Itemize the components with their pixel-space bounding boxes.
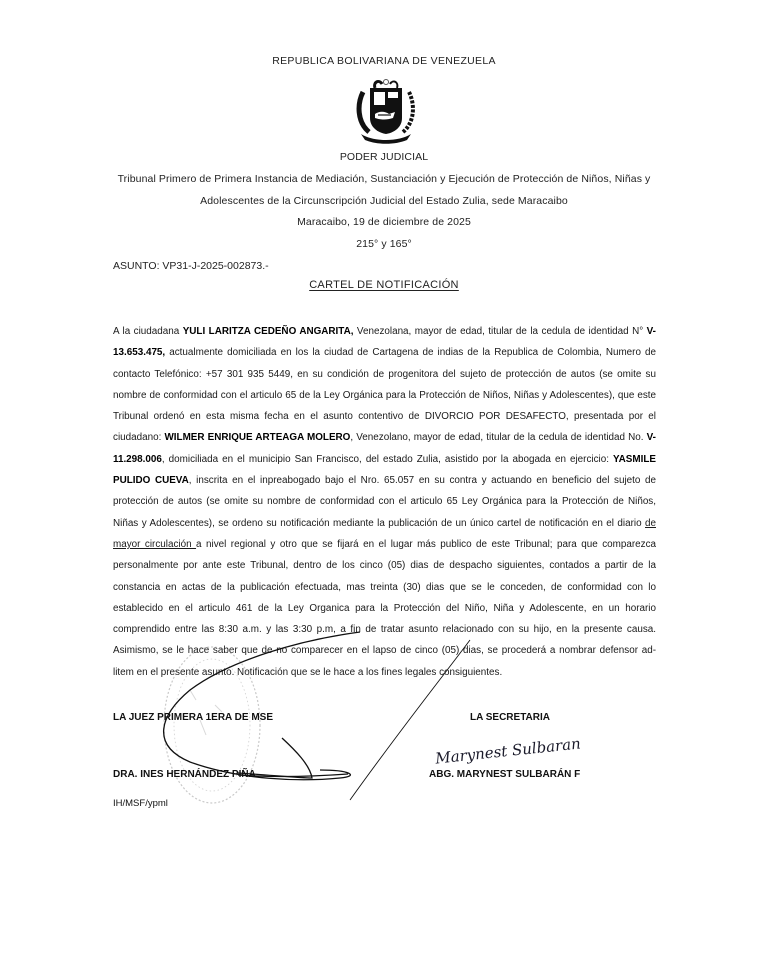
body-text: , Venezolano, mayor de edad, titular de …	[350, 432, 646, 443]
branch-heading: PODER JUDICIAL	[0, 151, 768, 163]
secretary-name: ABG. MARYNEST SULBARÁN F	[429, 769, 580, 780]
secretary-title: LA SECRETARIA	[470, 712, 550, 723]
judge-name: DRA. INES HERNÁNDEZ PIÑA	[113, 769, 256, 780]
body-text: actualmente domiciliada en los la ciudad…	[113, 347, 656, 443]
country-heading: REPUBLICA BOLIVARIANA DE VENEZUELA	[0, 55, 768, 67]
applicant-name: WILMER ENRIQUE ARTEAGA MOLERO	[164, 432, 350, 443]
document-title-text: CARTEL DE NOTIFICACIÓN	[309, 279, 459, 291]
body-text: Venezolana, mayor de edad, titular de la…	[353, 326, 646, 337]
judge-title: LA JUEZ PRIMERA 1ERA DE MSE	[113, 712, 273, 723]
body-text: A la ciudadana	[113, 326, 183, 337]
citizen-name: YULI LARITZA CEDEÑO ANGARITA,	[183, 326, 354, 337]
document-initials: IH/MSF/ypml	[113, 798, 168, 809]
place-date: Maracaibo, 19 de diciembre de 2025	[0, 216, 768, 228]
tribunal-line-2: Adolescentes de la Circunscripción Judic…	[0, 195, 768, 207]
tribunal-line-1: Tribunal Primero de Primera Instancia de…	[0, 173, 768, 185]
body-text: , inscrita en el inpreabogado bajo el Nr…	[113, 475, 656, 529]
coat-of-arms-icon	[355, 78, 417, 144]
body-text: , domiciliada en el municipio San Franci…	[162, 454, 613, 465]
body-text: a nivel regional y otro que se fijará en…	[113, 539, 656, 678]
document-page: REPUBLICA BOLIVARIANA DE VENEZUELA PODER…	[0, 0, 768, 960]
notice-body: A la ciudadana YULI LARITZA CEDEÑO ANGAR…	[113, 321, 656, 683]
document-title: CARTEL DE NOTIFICACIÓN	[0, 279, 768, 291]
case-number: ASUNTO: VP31-J-2025-002873.-	[113, 260, 269, 272]
years-line: 215° y 165°	[0, 238, 768, 250]
secretary-handwritten-signature: Marynest Sulbaran	[434, 734, 581, 767]
